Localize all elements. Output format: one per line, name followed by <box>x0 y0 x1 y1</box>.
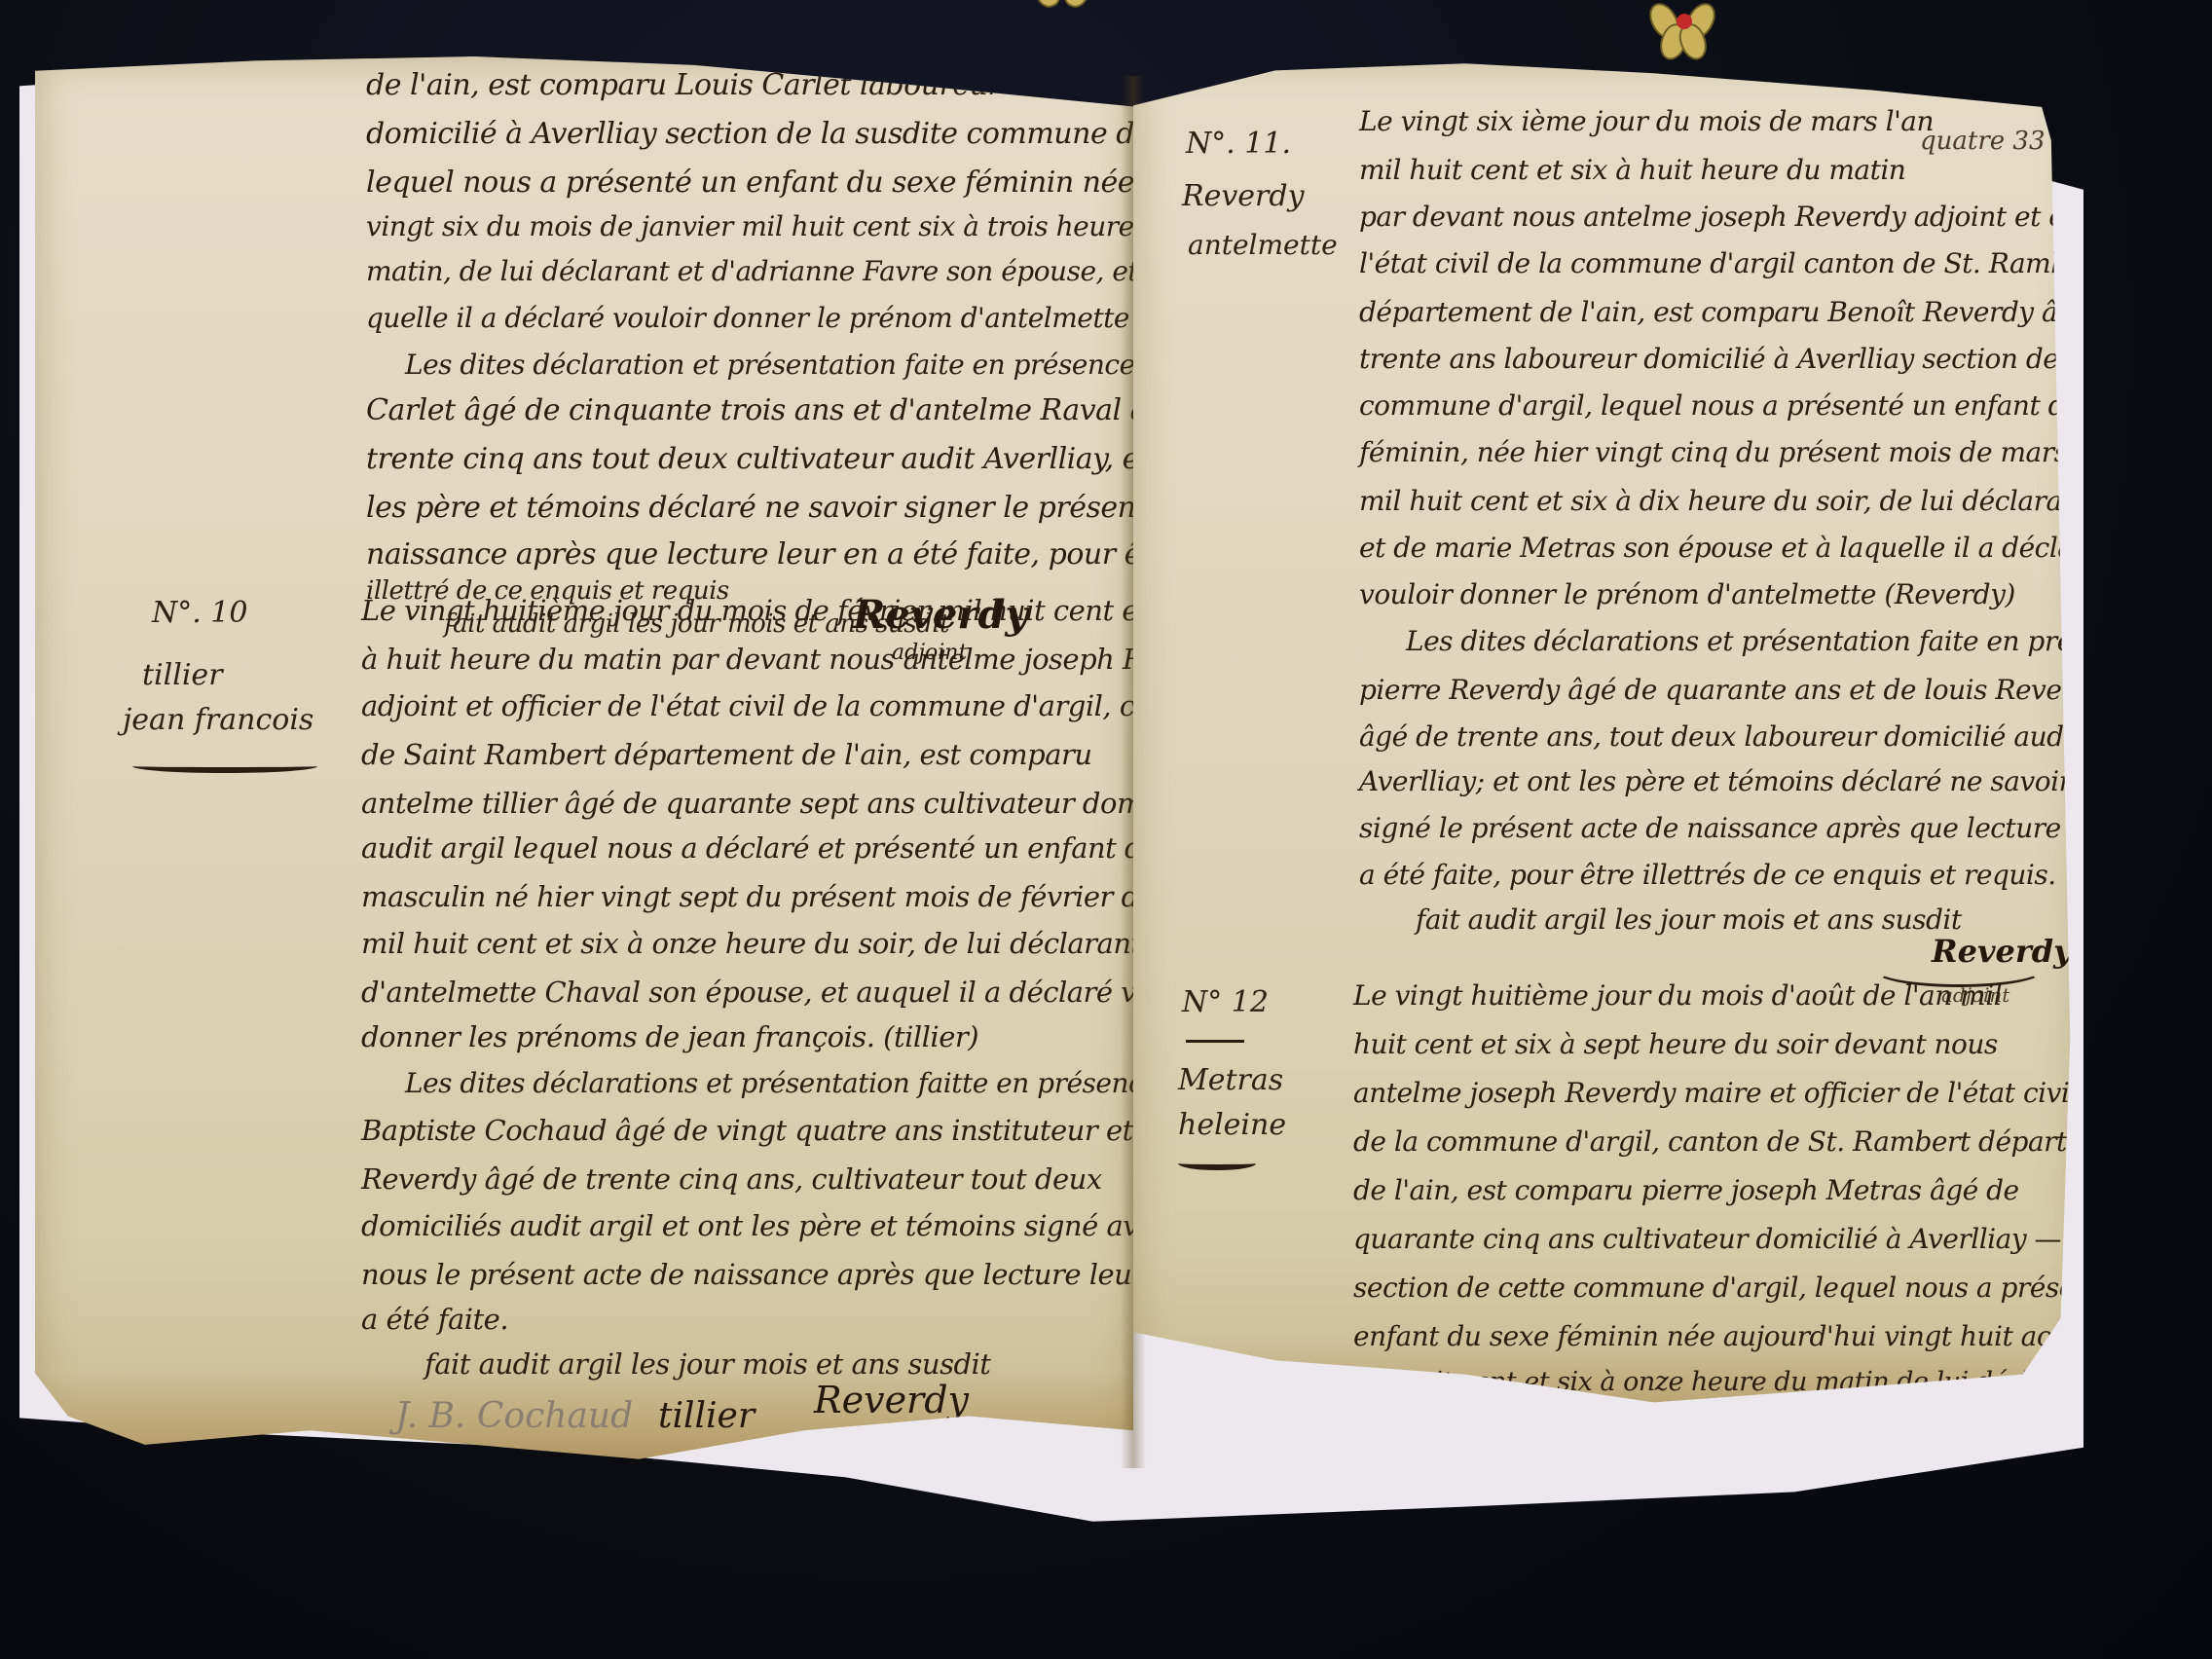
text-line: antelme joseph Reverdy maire et officier… <box>1353 1077 2078 1109</box>
text-line: vingt six du mois de janvier mil huit ce… <box>366 210 1190 242</box>
text-line: mil huit cent et six à dix heure du soir… <box>1359 485 2089 517</box>
text-line: domiciliés audit argil et ont les père e… <box>361 1209 1170 1242</box>
text-line: par devant nous antelme joseph Reverdy a… <box>1359 201 2184 233</box>
text-line: lequel nous a présenté un enfant du sexe… <box>366 166 1200 200</box>
text-line: huit cent et six à sept heure du soir de… <box>1353 1028 1998 1060</box>
text-line: de l'ain, est comparu pierre joseph Metr… <box>1353 1174 2019 1206</box>
text-line: mil huit cent et six à huit heure du mat… <box>1359 154 1905 186</box>
text-line: enfant du sexe féminin née aujourd'hui v… <box>1353 1320 2080 1352</box>
text-line: mil huit cent et six à onze heure du mat… <box>1353 1367 2132 1397</box>
text-line: a été faite, pour être illettrés de ce e… <box>1359 859 2056 891</box>
text-line: section de cette commune d'argil, lequel… <box>1353 1272 2160 1304</box>
margin-flourish <box>132 759 317 773</box>
text-line: à huit heure du matin par devant nous an… <box>361 643 1237 676</box>
text-line: Les dites déclarations et présentation f… <box>1406 625 2190 657</box>
signature-cochaud: J. B. Cochaud <box>395 1396 633 1436</box>
text-line: domicilié à Averlliay section de la susd… <box>366 117 1208 151</box>
text-line: fait audit argil les jour mois et ans su… <box>1416 903 1962 936</box>
text-line: féminin, née hier vingt cinq du présent … <box>1359 436 2067 468</box>
text-line: matin, de lui déclarant et d'adrianne Fa… <box>366 255 1203 287</box>
text-line: audit argil lequel nous a déclaré et pré… <box>361 831 1231 865</box>
signature-reverdy-adjoint: Reverdy <box>728 1439 903 1485</box>
text-line: mil huit cent et six à onze heure du soi… <box>361 927 1177 960</box>
text-line: antelme tillier âgé de quarante sept ans… <box>361 787 1208 820</box>
text-line: Le vingt huitième jour du mois de févrie… <box>361 594 1196 627</box>
text-line: âgé de trente ans, tout deux laboureur d… <box>1359 720 2083 753</box>
act-number: N°. 10 <box>152 582 248 645</box>
act-given-name: jean francois <box>123 689 313 752</box>
embroidered-flower-icon <box>1655 0 1714 51</box>
text-line: l'état civil de la commune d'argil canto… <box>1359 247 2141 279</box>
margin-rule <box>1186 1040 1244 1043</box>
text-line: département de l'ain, est comparu Benoît… <box>1359 296 2131 328</box>
text-line: pierre Reverdy âgé de quarante ans et de… <box>1359 674 2106 706</box>
text-line: naissance après que lecture leur en a ét… <box>366 537 1183 571</box>
text-line: de l'ain, est comparu Louis Carlet labou… <box>366 68 1001 102</box>
text-line: trente cinq ans tout deux cultivateur au… <box>366 442 1205 476</box>
act-number: N° 12 <box>1182 972 1269 1034</box>
text-line: trente ans laboureur domicilié à Averlli… <box>1359 343 2194 375</box>
text-line: de Saint Rambert département de l'ain, e… <box>361 738 1092 771</box>
act-given-name: heleine <box>1178 1094 1286 1157</box>
signature-flourish <box>678 1458 878 1493</box>
text-line: Reverdy âgé de trente cinq ans, cultivat… <box>361 1162 1102 1196</box>
act-given-name: antelmette <box>1188 214 1338 276</box>
text-line: nous le présent acte de naissance après … <box>361 1258 1187 1291</box>
text-line: donner les prénoms de jean françois. (ti… <box>361 1020 978 1053</box>
marginal-note: quatre 33 <box>1920 127 2046 156</box>
text-line: quelle il a déclaré vouloir donner le pr… <box>366 302 1240 334</box>
text-line: commune d'argil, lequel nous a présenté … <box>1359 389 2150 422</box>
text-line: fait audit argil les jour mois et ans su… <box>424 1347 990 1381</box>
text-line: adjoint et officier de l'état civil de l… <box>361 689 1214 722</box>
text-line: Averlliay; et ont les père et témoins dé… <box>1359 765 2071 797</box>
left-page: de l'ain, est comparu Louis Carlet labou… <box>35 56 1133 1488</box>
text-line: et de marie Metras son épouse et à laque… <box>1359 532 2101 564</box>
text-line: d'antelmette Chaval son épouse, et auque… <box>361 976 1217 1009</box>
text-line: Le vingt six ième jour du mois de mars l… <box>1359 105 1934 137</box>
text-line: Carlet âgé de cinquante trois ans et d'a… <box>366 393 1226 427</box>
margin-flourish <box>1178 1157 1256 1170</box>
text-line: d'antelmette Carlet son épouse, et à laq… <box>1353 1412 2114 1440</box>
text-line: vouloir donner le prénom d'antelmette (R… <box>1359 578 2015 610</box>
text-line: masculin né hier vingt sept du présent m… <box>361 880 1213 913</box>
text-line: donner le prénom de heleine (Metras). Le… <box>1353 1458 1999 1491</box>
text-line: Le vingt huitième jour du mois d'août de… <box>1353 979 2002 1012</box>
text-line: a été faite. <box>361 1303 508 1336</box>
embroidered-flower-icon <box>1032 0 1090 29</box>
open-register-book: de l'ain, est comparu Louis Carlet labou… <box>35 56 2080 1517</box>
right-page: N°. 11. Reverdy antelmette quatre 33 Le … <box>1133 56 2080 1458</box>
text-line: de la commune d'argil, canton de St. Ram… <box>1353 1125 2151 1158</box>
signature-tillier: tillier <box>658 1396 755 1436</box>
text-line: quarante cinq ans cultivateur domicilié … <box>1353 1223 2061 1255</box>
signature-flourish <box>833 1410 995 1445</box>
water-stain <box>1133 1342 2080 1458</box>
text-line: signé le présent acte de naissance après… <box>1359 812 2163 844</box>
